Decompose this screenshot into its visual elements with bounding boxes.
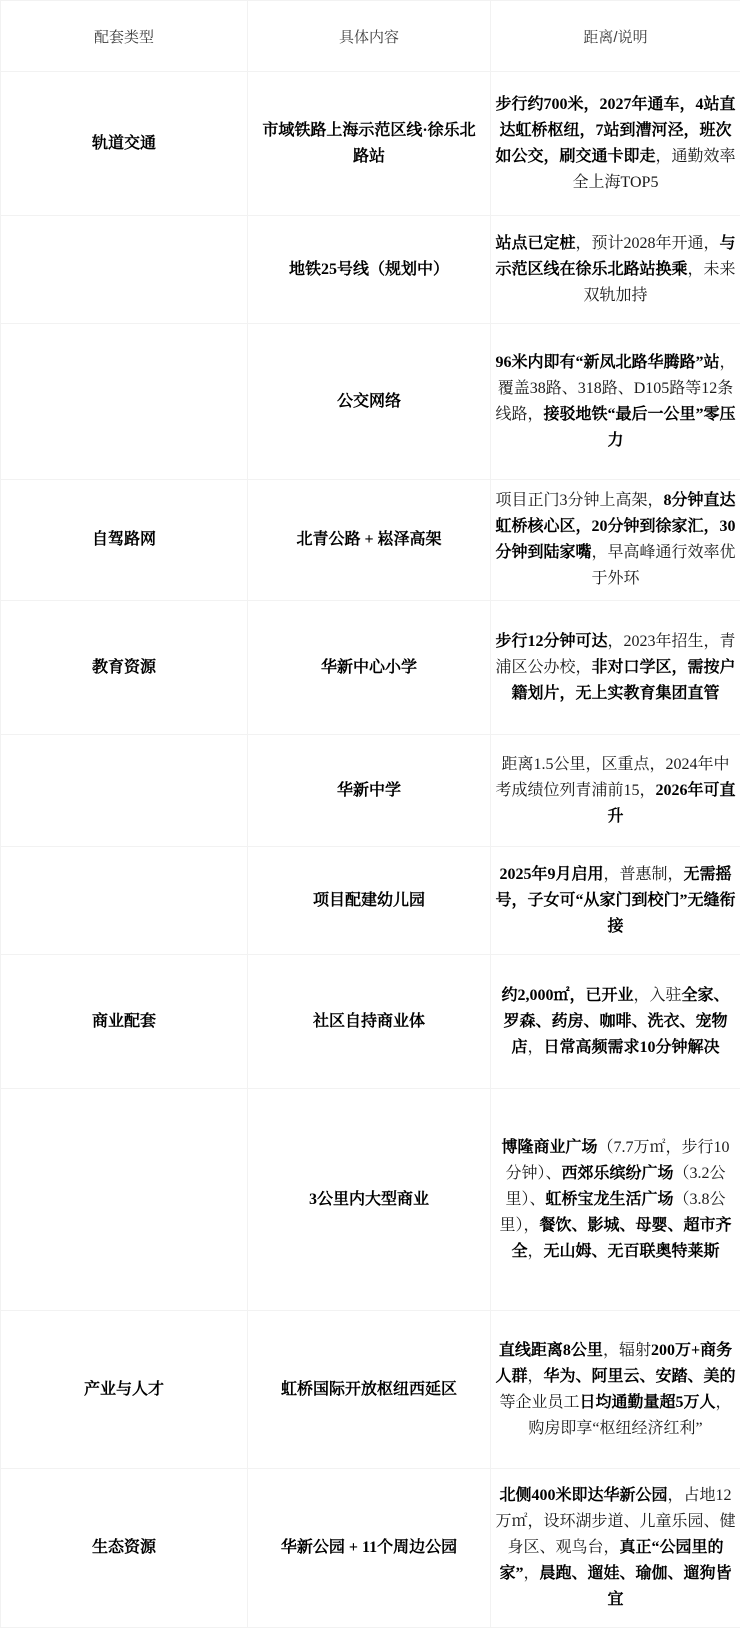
- item-cell: 地铁25号线（规划中）: [248, 216, 491, 324]
- table-row: 地铁25号线（规划中）站点已定桩，预计2028年开通，与示范区线在徐乐北路站换乘…: [1, 216, 740, 324]
- text-run: ，辐射: [603, 1342, 651, 1359]
- detail-cell: 96米内即有“新凤北路华腾路”站，覆盖38路、318路、D105路等12条线路，…: [491, 324, 740, 480]
- detail-cell: 直线距离8公里，辐射200万+商务人群，华为、阿里云、安踏、美的等企业员工日均通…: [491, 1311, 740, 1469]
- category-cell: [1, 324, 248, 480]
- amenities-table: 配套类型 具体内容 距离/说明 轨道交通市域铁路上海示范区线·徐乐北路站步行约7…: [0, 0, 740, 1628]
- table-row: 商业配套社区自持商业体约2,000㎡，已开业，入驻全家、罗森、药房、咖啡、洗衣、…: [1, 955, 740, 1089]
- item-cell: 虹桥国际开放枢纽西延区: [248, 1311, 491, 1469]
- text-run: 华为、阿里云、安踏、美的: [544, 1368, 736, 1385]
- table-row: 生态资源华新公园 + 11个周边公园北侧400米即达华新公园，占地12万㎡，设环…: [1, 1469, 740, 1628]
- text-run: 晨跑、遛娃、瑜伽、遛狗皆宜: [540, 1565, 732, 1608]
- text-run: 西郊乐缤纷广场: [561, 1165, 673, 1182]
- table-row: 华新中学距离1.5公里，区重点，2024年中考成绩位列青浦前15，2026年可直…: [1, 735, 740, 847]
- table-row: 公交网络96米内即有“新凤北路华腾路”站，覆盖38路、318路、D105路等12…: [1, 324, 740, 480]
- header-item: 具体内容: [248, 1, 491, 72]
- category-cell: 生态资源: [1, 1469, 248, 1628]
- table-row: 教育资源华新中心小学步行12分钟可达，2023年招生，青浦区公办校，非对口学区，…: [1, 601, 740, 735]
- detail-cell: 步行约700米，2027年通车，4站直达虹桥枢纽，7站到漕河泾，班次如公交，刷交…: [491, 72, 740, 216]
- category-cell: 教育资源: [1, 601, 248, 735]
- category-cell: 商业配套: [1, 955, 248, 1089]
- text-run: 日常高频需求10分钟解决: [544, 1039, 720, 1056]
- item-cell: 社区自持商业体: [248, 955, 491, 1089]
- detail-cell: 博隆商业广场（7.7万㎡，步行10分钟）、西郊乐缤纷广场（3.2公里）、虹桥宝龙…: [491, 1089, 740, 1311]
- category-cell: 自驾路网: [1, 480, 248, 601]
- item-cell: 华新公园 + 11个周边公园: [248, 1469, 491, 1628]
- text-run: ，: [527, 1039, 543, 1056]
- table-row: 轨道交通市域铁路上海示范区线·徐乐北路站步行约700米，2027年通车，4站直达…: [1, 72, 740, 216]
- category-cell: 轨道交通: [1, 72, 248, 216]
- text-run: 96米内即有“新凤北路华腾路”站: [495, 354, 719, 371]
- text-run: 约2,000㎡，已开业: [501, 987, 633, 1004]
- detail-cell: 项目正门3分钟上高架，8分钟直达虹桥核心区，20分钟到徐家汇，30分钟到陆家嘴，…: [491, 480, 740, 601]
- text-run: ，早高峰通行效率优于外环: [591, 544, 735, 587]
- text-run: 无山姆、无百联奥特莱斯: [544, 1243, 720, 1260]
- detail-cell: 步行12分钟可达，2023年招生，青浦区公办校，非对口学区，需按户籍划片，无上实…: [491, 601, 740, 735]
- text-run: ，预计2028年开通，: [575, 235, 719, 252]
- text-run: 接驳地铁“最后一公里”零压力: [544, 406, 736, 449]
- text-run: 虹桥宝龙生活广场: [545, 1191, 673, 1208]
- table-row: 项目配建幼儿园2025年9月启用，普惠制，无需摇号，子女可“从家门到校门”无缝衔…: [1, 847, 740, 955]
- item-cell: 公交网络: [248, 324, 491, 480]
- header-row: 配套类型 具体内容 距离/说明: [1, 1, 740, 72]
- item-cell: 北青公路 + 崧泽高架: [248, 480, 491, 601]
- category-cell: [1, 1089, 248, 1311]
- table-row: 3公里内大型商业博隆商业广场（7.7万㎡，步行10分钟）、西郊乐缤纷广场（3.2…: [1, 1089, 740, 1311]
- text-run: 2025年9月启用: [499, 866, 603, 883]
- text-run: 北侧400米即达华新公园: [499, 1487, 667, 1504]
- page: 配套类型 具体内容 距离/说明 轨道交通市域铁路上海示范区线·徐乐北路站步行约7…: [0, 0, 740, 1630]
- table-body: 轨道交通市域铁路上海示范区线·徐乐北路站步行约700米，2027年通车，4站直达…: [1, 72, 740, 1628]
- item-cell: 市域铁路上海示范区线·徐乐北路站: [248, 72, 491, 216]
- text-run: 等企业员工: [499, 1394, 579, 1411]
- text-run: ，普惠制，: [603, 866, 683, 883]
- header-category: 配套类型: [1, 1, 248, 72]
- text-run: 直线距离8公里: [499, 1342, 603, 1359]
- item-cell: 华新中学: [248, 735, 491, 847]
- item-cell: 华新中心小学: [248, 601, 491, 735]
- category-cell: 产业与人才: [1, 1311, 248, 1469]
- detail-cell: 约2,000㎡，已开业，入驻全家、罗森、药房、咖啡、洗衣、宠物店，日常高频需求1…: [491, 955, 740, 1089]
- text-run: ，: [523, 1565, 539, 1582]
- category-cell: [1, 735, 248, 847]
- table-row: 自驾路网北青公路 + 崧泽高架项目正门3分钟上高架，8分钟直达虹桥核心区，20分…: [1, 480, 740, 601]
- text-run: ，: [527, 1368, 543, 1385]
- header-detail: 距离/说明: [491, 1, 740, 72]
- item-cell: 3公里内大型商业: [248, 1089, 491, 1311]
- text-run: 步行12分钟可达: [495, 633, 607, 650]
- table-row: 产业与人才虹桥国际开放枢纽西延区直线距离8公里，辐射200万+商务人群，华为、阿…: [1, 1311, 740, 1469]
- text-run: 站点已定桩: [495, 235, 575, 252]
- text-run: 日均通勤量超5万人: [579, 1394, 715, 1411]
- text-run: ，入驻: [633, 987, 681, 1004]
- text-run: 项目正门3分钟上高架，: [495, 492, 663, 509]
- item-cell: 项目配建幼儿园: [248, 847, 491, 955]
- detail-cell: 2025年9月启用，普惠制，无需摇号，子女可“从家门到校门”无缝衔接: [491, 847, 740, 955]
- detail-cell: 站点已定桩，预计2028年开通，与示范区线在徐乐北路站换乘，未来双轨加持: [491, 216, 740, 324]
- category-cell: [1, 216, 248, 324]
- detail-cell: 北侧400米即达华新公园，占地12万㎡，设环湖步道、儿童乐园、健身区、观鸟台，真…: [491, 1469, 740, 1628]
- category-cell: [1, 847, 248, 955]
- text-run: ，: [527, 1243, 543, 1260]
- text-run: 博隆商业广场: [501, 1139, 597, 1156]
- detail-cell: 距离1.5公里，区重点，2024年中考成绩位列青浦前15，2026年可直升: [491, 735, 740, 847]
